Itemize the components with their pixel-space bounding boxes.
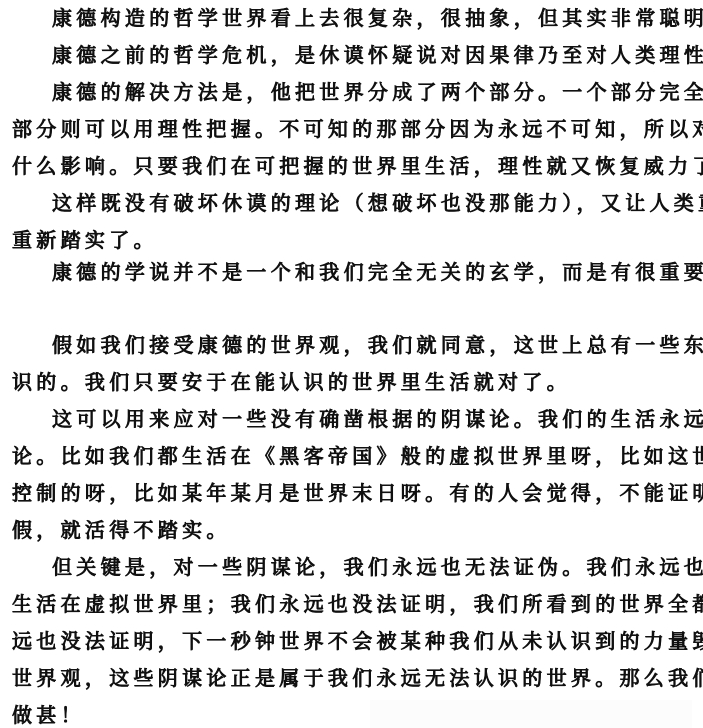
text-line: 识的。我们只要安于在能认识的世界里生活就对了。 [12, 364, 571, 401]
text-line: 做甚！ [12, 697, 85, 728]
text-line: 部分则可以用理性把握。不可知的那部分因为永远不可知，所以对我们的生活没有 [12, 111, 703, 148]
text-line: 什么影响。只要我们在可把握的世界里生活，理性就又恢复威力了。 [12, 148, 703, 185]
text-line: 世界观，这些阴谋论正是属于我们永远无法认识的世界。那么我们该怎么办？管它 [12, 660, 703, 697]
text-line: 远也没法证明，下一秒钟世界不会被某种我们从未认识到的力量毁灭。按照康德的 [12, 623, 703, 660]
text-line: 康德之前的哲学危机，是休谟怀疑说对因果律乃至对人类理性能力的怀疑。 [52, 37, 703, 74]
text-line: 假，就活得不踏实。 [12, 512, 231, 549]
text-line: 论。比如我们都生活在《黑客帝国》般的虚拟世界里呀，比如这世界是由秘密组织 [12, 438, 703, 475]
text-line: 这样既没有破坏休谟的理论（想破坏也没那能力），又让人类重新信任理性， [52, 185, 703, 222]
text-line: 假如我们接受康德的世界观，我们就同意，这世上总有一些东西是我们无法认 [52, 327, 703, 364]
text-line: 控制的呀，比如某年某月是世界末日呀。有的人会觉得，不能证明这些阴谋论为 [12, 475, 703, 512]
text-line: 康德的学说并不是一个和我们完全无关的玄学，而是有很重要的现实意义。 [52, 254, 703, 291]
text-line: 这可以用来应对一些没有确凿根据的阴谋论。我们的生活永远不会缺少阴谋 [52, 401, 703, 438]
text-line: 但关键是，对一些阴谋论，我们永远也无法证伪。我们永远也不能证明我们没 [52, 549, 703, 586]
scan-artifact [370, 700, 692, 728]
text-line: 生活在虚拟世界里；我们永远也没法证明，我们所看到的世界全都是假象；我们永 [12, 586, 703, 623]
text-line: 康德构造的哲学世界看上去很复杂，很抽象，但其实非常聪明。 [52, 0, 703, 37]
text-line: 康德的解决方法是，他把世界分成了两个部分。一个部分完全不可知，另一个 [52, 74, 703, 111]
